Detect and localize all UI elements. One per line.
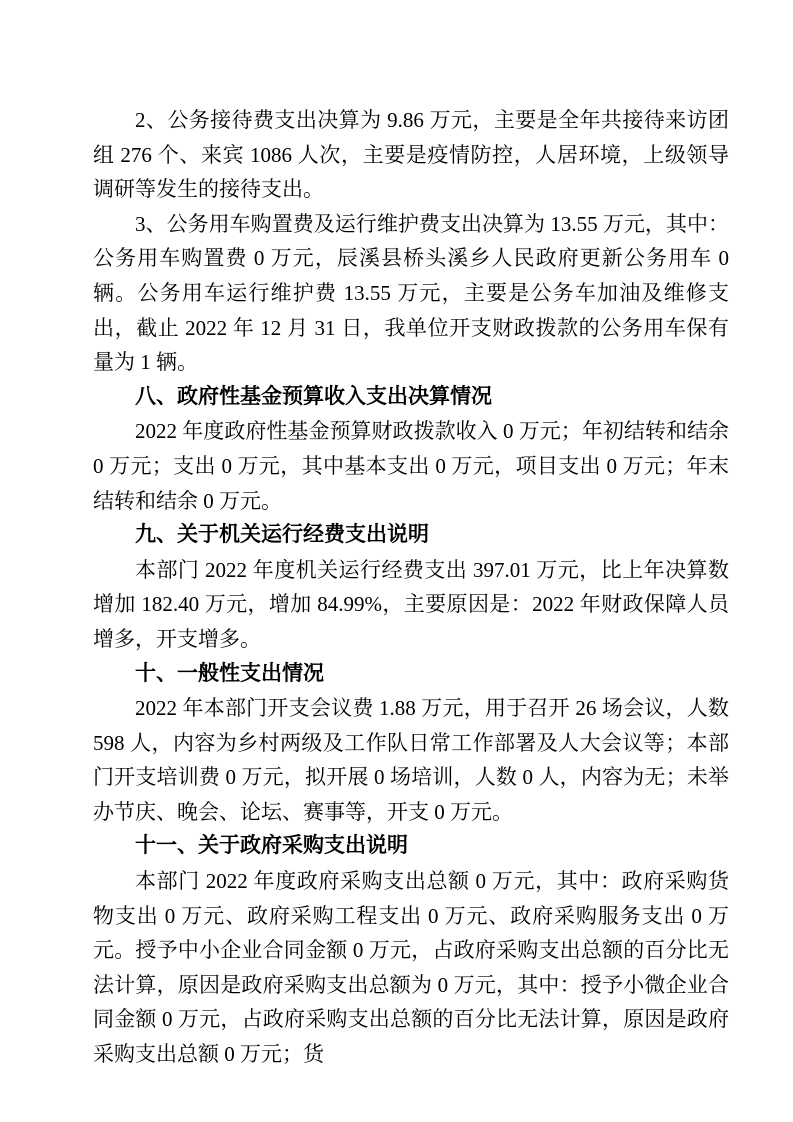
para-official-reception-expense: 2、公务接待费支出决算为 9.86 万元，主要是全年共接待来访团组 276 个、… [93, 103, 729, 207]
para-general-expense-detail: 2022 年本部门开支会议费 1.88 万元，用于召开 26 场会议，人数 59… [93, 691, 729, 829]
heading-section-9-agency-operating-expense: 九、关于机关运行经费支出说明 [93, 518, 729, 553]
para-agency-operating-expense-detail: 本部门 2022 年度机关运行经费支出 397.01 万元，比上年决算数增加 1… [93, 553, 729, 657]
document-page: 2、公务接待费支出决算为 9.86 万元，主要是全年共接待来访团组 276 个、… [0, 0, 793, 1122]
heading-section-11-gov-procurement: 十一、关于政府采购支出说明 [93, 829, 729, 864]
para-gov-fund-budget-detail: 2022 年度政府性基金预算财政拨款收入 0 万元；年初结转和结余 0 万元；支… [93, 414, 729, 518]
para-gov-procurement-detail: 本部门 2022 年度政府采购支出总额 0 万元，其中：政府采购货物支出 0 万… [93, 864, 729, 1072]
para-official-vehicle-expense: 3、公务用车购置费及运行维护费支出决算为 13.55 万元，其中：公务用车购置费… [93, 207, 729, 380]
heading-section-8-gov-fund-budget: 八、政府性基金预算收入支出决算情况 [93, 380, 729, 415]
heading-section-10-general-expense: 十、一般性支出情况 [93, 657, 729, 692]
document-content: 2、公务接待费支出决算为 9.86 万元，主要是全年共接待来访团组 276 个、… [93, 103, 729, 1072]
